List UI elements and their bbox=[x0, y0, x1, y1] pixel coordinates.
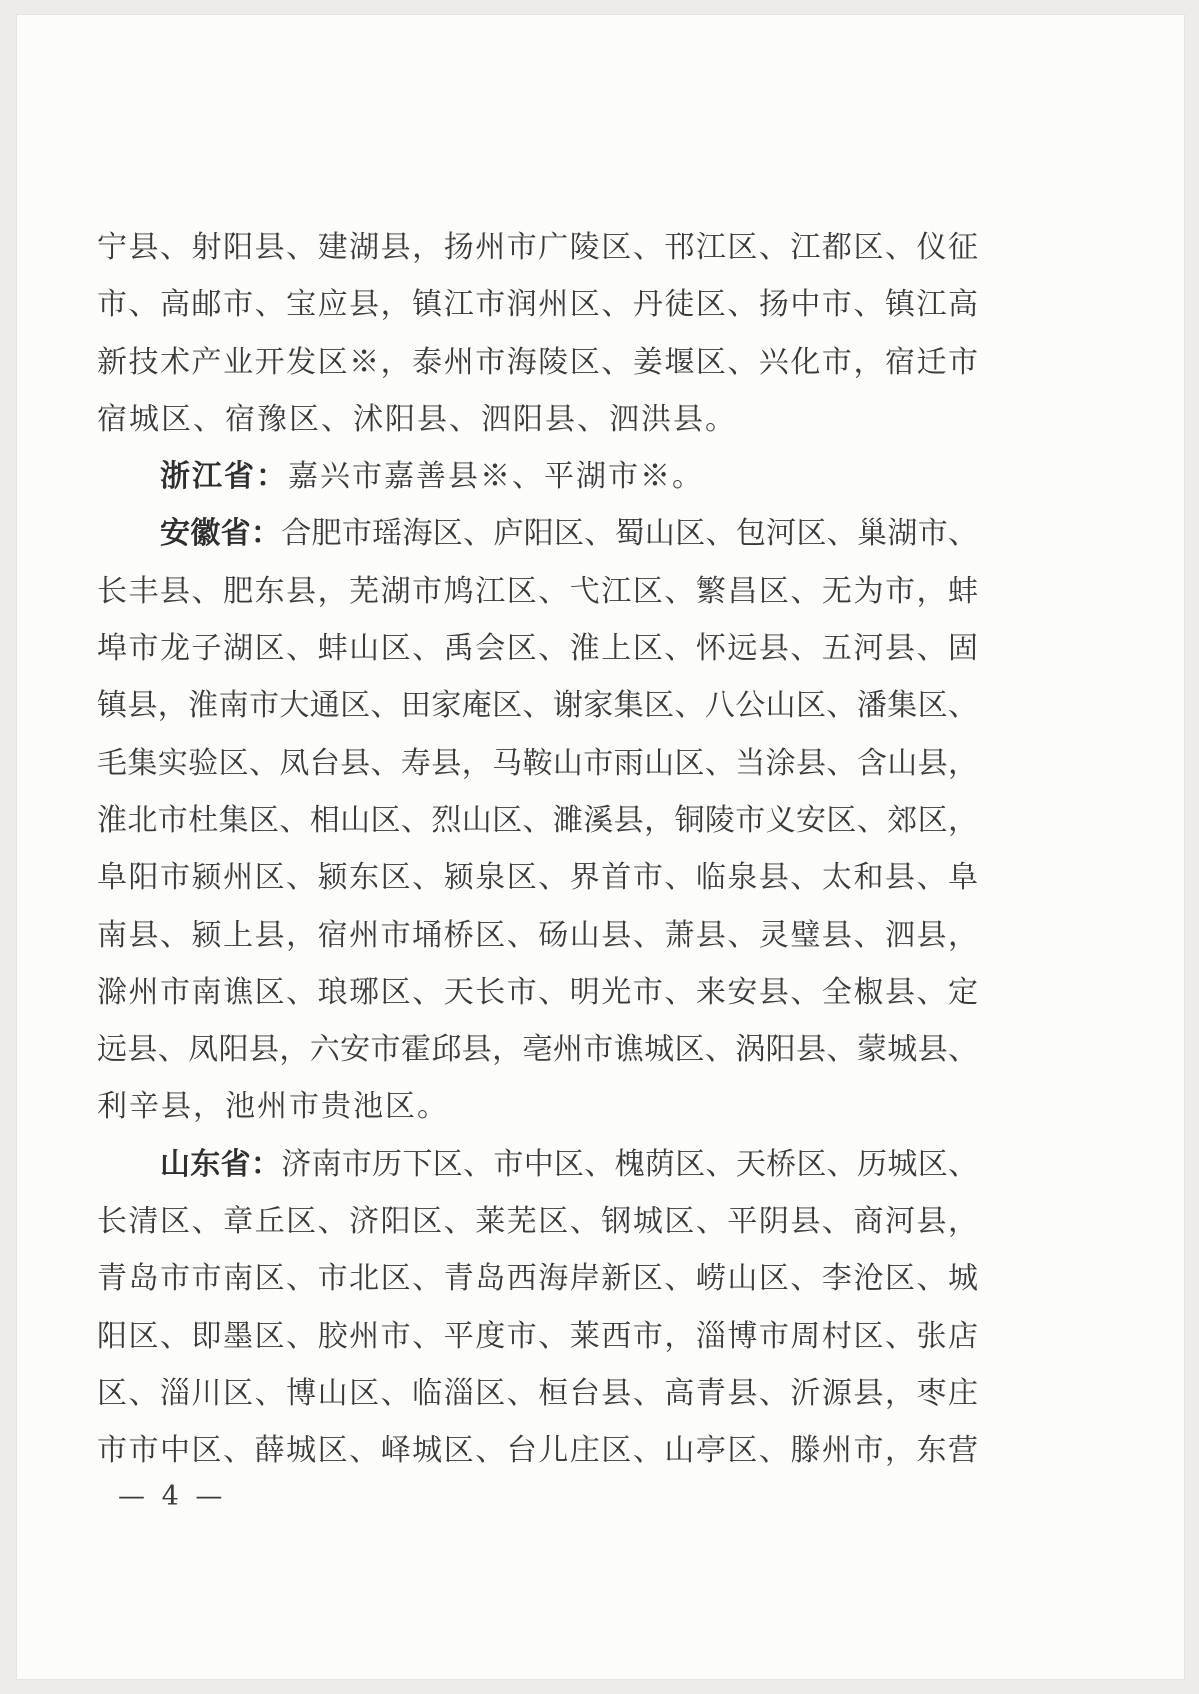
text-line: 市市中区、薛城区、峄城区、台儿庄区、山亭区、滕州市，东营 bbox=[97, 1422, 978, 1479]
text-line: 安徽省：合肥市瑶海区、庐阳区、蜀山区、包河区、巢湖市、 bbox=[97, 505, 978, 562]
text-line: 长清区、章丘区、济阳区、莱芜区、钢城区、平阴县、商河县， bbox=[97, 1193, 978, 1250]
province-heading-zhejiang: 浙江省： bbox=[160, 459, 288, 494]
province-heading-shandong: 山东省： bbox=[160, 1147, 281, 1182]
text-line: 镇县，淮南市大通区、田家庵区、谢家集区、八公山区、潘集区、 bbox=[97, 677, 978, 734]
text-line: 阳区、即墨区、胶州市、平度市、莱西市，淄博市周村区、张店 bbox=[97, 1308, 978, 1365]
text-line: 毛集实验区、凤台县、寿县，马鞍山市雨山区、当涂县、含山县， bbox=[97, 735, 978, 792]
page-number: — 4 — bbox=[118, 1477, 226, 1517]
text-line: 利辛县，池州市贵池区。 bbox=[97, 1078, 978, 1135]
text-line: 新技术产业开发区※，泰州市海陵区、姜堰区、兴化市，宿迁市 bbox=[97, 334, 978, 391]
text-line: 浙江省：嘉兴市嘉善县※、平湖市※。 bbox=[97, 448, 978, 505]
province-heading-anhui: 安徽省： bbox=[160, 516, 281, 551]
document-body: 宁县、射阳县、建湖县，扬州市广陵区、邗江区、江都区、仪征 市、高邮市、宝应县，镇… bbox=[97, 219, 978, 1480]
text-line: 埠市龙子湖区、蚌山区、禹会区、淮上区、怀远县、五河县、固 bbox=[97, 620, 978, 677]
province-text: 济南市历下区、市中区、槐荫区、天桥区、历城区、 bbox=[281, 1147, 978, 1182]
province-text: 合肥市瑶海区、庐阳区、蜀山区、包河区、巢湖市、 bbox=[281, 516, 978, 551]
text-line: 山东省：济南市历下区、市中区、槐荫区、天桥区、历城区、 bbox=[97, 1136, 978, 1193]
text-line: 阜阳市颍州区、颍东区、颍泉区、界首市、临泉县、太和县、阜 bbox=[97, 849, 978, 906]
province-text: 嘉兴市嘉善县※、平湖市※。 bbox=[288, 459, 704, 494]
text-line: 宿城区、宿豫区、沭阳县、泗阳县、泗洪县。 bbox=[97, 391, 978, 448]
text-line: 区、淄川区、博山区、临淄区、桓台县、高青县、沂源县，枣庄 bbox=[97, 1365, 978, 1422]
text-line: 宁县、射阳县、建湖县，扬州市广陵区、邗江区、江都区、仪征 bbox=[97, 219, 978, 276]
text-line: 淮北市杜集区、相山区、烈山区、濉溪县，铜陵市义安区、郊区， bbox=[97, 792, 978, 849]
text-line: 滁州市南谯区、琅琊区、天长市、明光市、来安县、全椒县、定 bbox=[97, 964, 978, 1021]
text-line: 长丰县、肥东县，芜湖市鸠江区、弋江区、繁昌区、无为市，蚌 bbox=[97, 563, 978, 620]
text-line: 南县、颍上县，宿州市埇桥区、砀山县、萧县、灵璧县、泗县， bbox=[97, 907, 978, 964]
text-line: 远县、凤阳县，六安市霍邱县，亳州市谯城区、涡阳县、蒙城县、 bbox=[97, 1021, 978, 1078]
text-line: 青岛市市南区、市北区、青岛西海岸新区、崂山区、李沧区、城 bbox=[97, 1250, 978, 1307]
text-line: 市、高邮市、宝应县，镇江市润州区、丹徒区、扬中市、镇江高 bbox=[97, 276, 978, 333]
